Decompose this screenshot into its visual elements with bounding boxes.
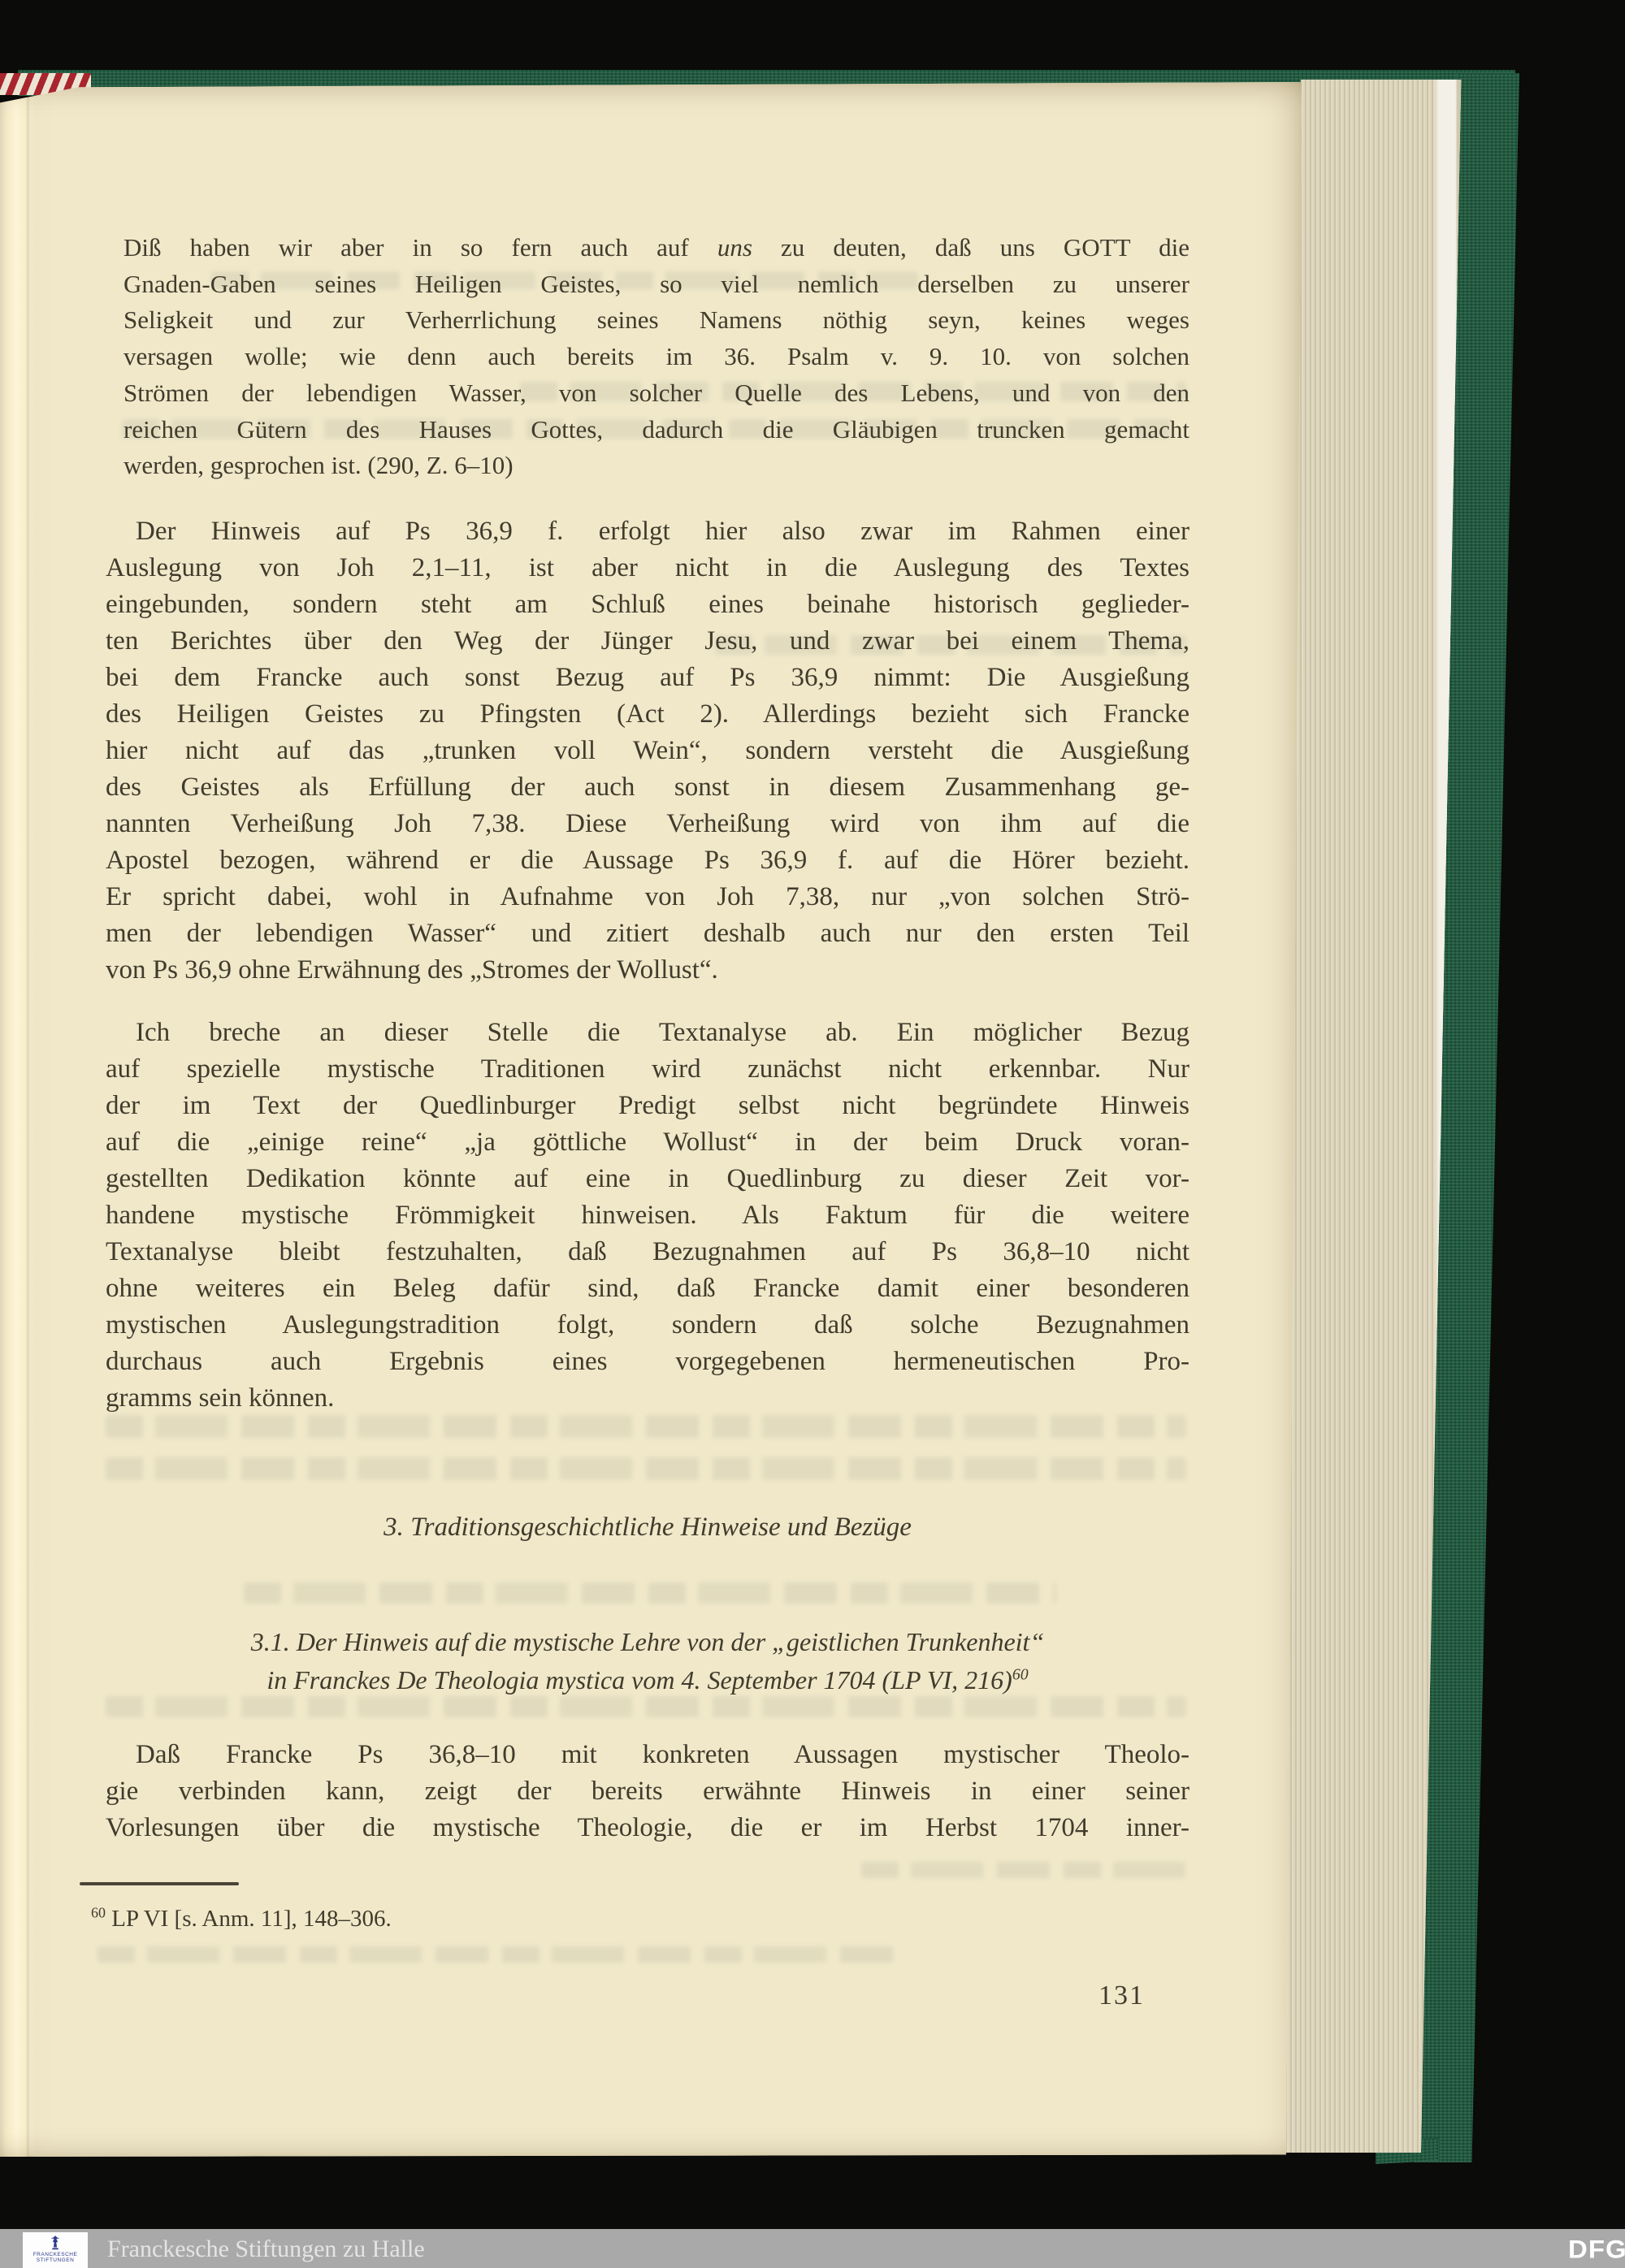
text-line: bei dem Francke auch sonst Bezug auf Ps … (106, 660, 1189, 696)
bleedthrough-line (106, 1415, 1186, 1438)
text-line: Gnaden-Gaben seines Heiligen Geistes, so… (123, 266, 1189, 303)
subsection-line-1: 3.1. Der Hinweis auf die mystische Lehre… (106, 1623, 1189, 1661)
text-line: der im Text der Quedlinburger Predigt se… (106, 1088, 1189, 1124)
footnote-marker: 60 (91, 1904, 106, 1920)
text-line: ten Berichtes über den Weg der Jünger Je… (106, 623, 1189, 660)
bleedthrough-line (244, 1582, 1056, 1604)
eagle-emblem-icon (46, 2234, 64, 2252)
paragraph-2: Ich breche an dieser Stelle die Textanal… (106, 1015, 1189, 1417)
paragraph-1: Der Hinweis auf Ps 36,9 f. erfolgt hier … (106, 513, 1189, 989)
text-line: hier nicht auf das „trunken voll Wein“, … (106, 733, 1189, 769)
text-line: gie verbinden kann, zeigt der bereits er… (106, 1773, 1189, 1810)
subsection-line-2: in Franckes De Theologia mystica vom 4. … (106, 1661, 1189, 1699)
text-line: handene mystische Frömmigkeit hinweisen.… (106, 1197, 1189, 1234)
text-line: Textanalyse bleibt festzuhalten, daß Bez… (106, 1234, 1189, 1270)
text-line: Vorlesungen über die mystische Theologie… (106, 1810, 1189, 1846)
text-line: Seligkeit und zur Verherrlichung seines … (123, 302, 1189, 339)
footnote-reference: 60 (1012, 1665, 1029, 1683)
text-line: mystischen Auslegungstradition folgt, so… (106, 1307, 1189, 1344)
paragraph-lines: Ich breche an dieser Stelle die Textanal… (106, 1015, 1189, 1417)
bleedthrough-line (106, 1457, 1186, 1480)
bleedthrough-line (861, 1862, 1186, 1878)
page-number: 131 (1098, 1980, 1145, 2011)
text-line: auf spezielle mystische Traditionen wird… (106, 1051, 1189, 1088)
franckesche-stiftungen-logo[interactable]: FRANCKESCHE STIFTUNGEN (23, 2232, 88, 2268)
text-line: nannten Verheißung Joh 7,38. Diese Verhe… (106, 806, 1189, 842)
text-line: Der Hinweis auf Ps 36,9 f. erfolgt hier … (106, 513, 1189, 550)
text-line: werden, gesprochen ist. (290, Z. 6–10) (123, 448, 1189, 484)
footnote: 60 LP VI [s. Anm. 11], 148–306. (91, 1902, 1172, 1935)
institution-name: Franckesche Stiftungen zu Halle (107, 2236, 425, 2263)
dfg-logo[interactable]: DFG (1568, 2235, 1625, 2264)
paragraph-lines: Der Hinweis auf Ps 36,9 f. erfolgt hier … (106, 513, 1189, 989)
footnote-rule (80, 1882, 239, 1885)
text-line: von Ps 36,9 ohne Erwähnung des „Stromes … (106, 952, 1189, 989)
text-line: des Geistes als Erfüllung der auch sonst… (106, 769, 1189, 806)
text-line: gestellten Dedikation könnte auf eine in… (106, 1161, 1189, 1197)
book-scan-photo: Diß haben wir aber in so fern auch auf u… (0, 0, 1625, 2268)
paragraph-3: Daß Francke Ps 36,8–10 mit konkreten Aus… (106, 1737, 1189, 1846)
text-line: des Heiligen Geistes zu Pfingsten (Act 2… (106, 696, 1189, 733)
viewer-footer-bar: FRANCKESCHE STIFTUNGEN Franckesche Stift… (0, 2229, 1625, 2268)
quotation-block: Diß haben wir aber in so fern auch auf u… (123, 230, 1189, 484)
logo-caption-line-1: FRANCKESCHE (23, 2252, 88, 2257)
quote-line: Diß haben wir aber in so fern auch auf u… (123, 230, 1189, 266)
bleedthrough-line (97, 1946, 894, 1963)
text-line: Er spricht dabei, wohl in Aufnahme von J… (106, 879, 1189, 915)
text-line: auf die „einige reine“ „ja göttliche Wol… (106, 1124, 1189, 1161)
logo-caption-line-2: STIFTUNGEN (23, 2257, 88, 2263)
text-line: versagen wolle; wie denn auch bereits im… (123, 339, 1189, 375)
quote-text: zu deuten, daß uns GOTT die (752, 233, 1189, 262)
text-line: durchaus auch Ergebnis eines vorgegebene… (106, 1344, 1189, 1380)
text-line: ohne weiteres ein Beleg dafür sind, daß … (106, 1270, 1189, 1307)
paragraph-lines: Daß Francke Ps 36,8–10 mit konkreten Aus… (106, 1737, 1189, 1846)
footnote-text: LP VI [s. Anm. 11], 148–306. (106, 1906, 392, 1932)
subsection-heading: 3.1. Der Hinweis auf die mystische Lehre… (106, 1623, 1189, 1699)
text-line: men der lebendigen Wasser“ und zitiert d… (106, 915, 1189, 952)
text-line: Apostel bezogen, während er die Aussage … (106, 842, 1189, 879)
text-line: Auslegung von Joh 2,1–11, ist aber nicht… (106, 550, 1189, 586)
text-line: Strömen der lebendigen Wasser, von solch… (123, 375, 1189, 412)
text-line: Daß Francke Ps 36,8–10 mit konkreten Aus… (106, 1737, 1189, 1773)
quote-emphasis: uns (717, 233, 752, 262)
text-line: eingebunden, sondern steht am Schluß ein… (106, 586, 1189, 623)
text-line: gramms sein können. (106, 1380, 1189, 1417)
text-line: Ich breche an dieser Stelle die Textanal… (106, 1015, 1189, 1051)
quote-lines: Gnaden-Gaben seines Heiligen Geistes, so… (123, 266, 1189, 484)
quote-text: Diß haben wir aber in so fern auch auf (123, 233, 717, 262)
section-heading: 3. Traditionsgeschichtliche Hinweise und… (106, 1513, 1189, 1543)
text-line: reichen Gütern des Hauses Gottes, dadurc… (123, 412, 1189, 448)
